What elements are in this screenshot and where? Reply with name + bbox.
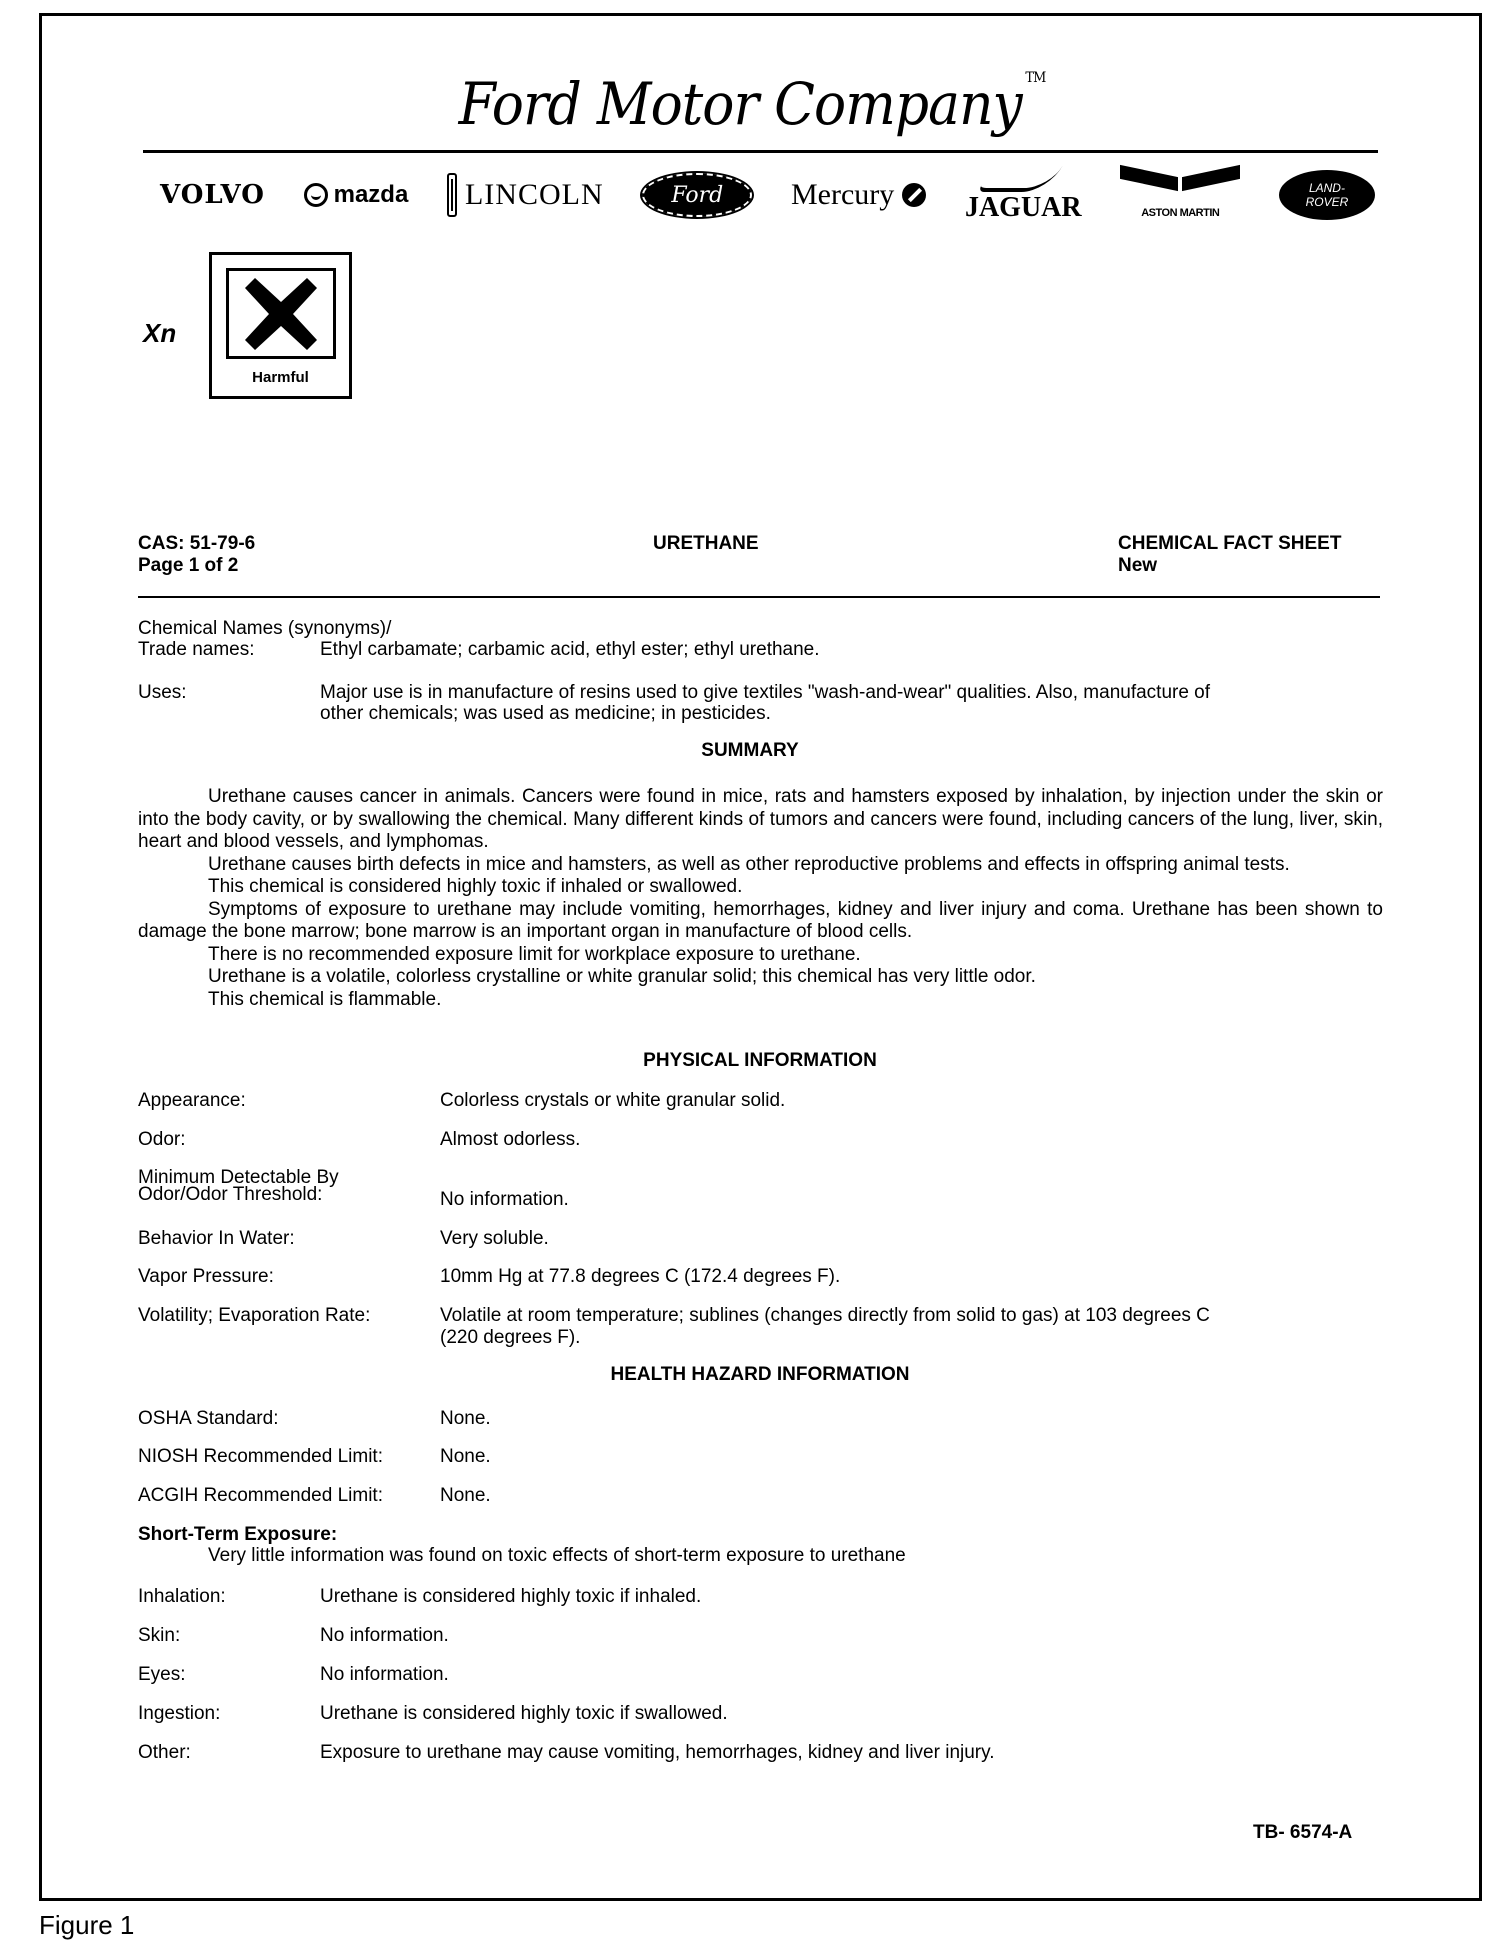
mercury-logo: Mercury <box>791 178 926 212</box>
appearance-value: Colorless crystals or white granular sol… <box>440 1090 785 1112</box>
volatility-label: Volatility; Evaporation Rate: <box>138 1305 370 1327</box>
doc-head-right: CHEMICAL FACT SHEET New <box>1118 533 1341 577</box>
health-hazard-heading: HEALTH HAZARD INFORMATION <box>140 1364 1380 1386</box>
eyes-value: No information. <box>320 1664 449 1686</box>
cas-number: CAS: 51-79-6 <box>138 533 255 555</box>
summary-paragraph: This chemical is considered highly toxic… <box>138 876 1383 899</box>
st-andrews-cross-icon <box>241 274 321 354</box>
summary-heading: SUMMARY <box>140 740 1360 762</box>
mercury-text: Mercury <box>791 178 894 212</box>
skin-label: Skin: <box>138 1625 180 1647</box>
document-status: New <box>1118 555 1341 577</box>
land-rover-logo: LAND-ROVER <box>1279 170 1375 220</box>
jaguar-text: JAGUAR <box>965 192 1082 224</box>
figure-caption: Figure 1 <box>39 1910 134 1941</box>
aston-wings-icon <box>1120 171 1240 201</box>
page-number: Page 1 of 2 <box>138 555 255 577</box>
volvo-text: VOLVO <box>160 180 265 210</box>
header-divider <box>138 596 1380 598</box>
inhalation-label: Inhalation: <box>138 1586 226 1608</box>
summary-paragraph: Urethane is a volatile, colorless crysta… <box>138 966 1383 989</box>
document-code: TB- 6574-A <box>1253 1822 1352 1844</box>
document-type: CHEMICAL FACT SHEET <box>1118 533 1341 555</box>
doc-head-left: CAS: 51-79-6 Page 1 of 2 <box>138 533 255 577</box>
eyes-label: Eyes: <box>138 1664 186 1686</box>
inhalation-value: Urethane is considered highly toxic if i… <box>320 1586 701 1608</box>
leaping-jaguar-icon <box>977 166 1062 192</box>
summary-paragraph: There is no recommended exposure limit f… <box>138 944 1383 967</box>
lincoln-star-icon <box>447 173 457 217</box>
uses-value-line1: Major use is in manufacture of resins us… <box>320 682 1210 704</box>
trade-names-label-1: Chemical Names (synonyms)/ <box>138 618 391 640</box>
mazda-emblem-icon <box>304 183 328 207</box>
niosh-label: NIOSH Recommended Limit: <box>138 1446 383 1468</box>
lincoln-logo: LINCOLN <box>447 173 604 217</box>
chemical-name: URETHANE <box>653 533 759 555</box>
volatility-value-line2: (220 degrees F). <box>440 1327 580 1349</box>
niosh-value: None. <box>440 1446 491 1468</box>
other-label: Other: <box>138 1742 191 1764</box>
vapor-pressure-value: 10mm Hg at 77.8 degrees C (172.4 degrees… <box>440 1266 840 1288</box>
hazard-pictogram: Harmful <box>209 252 352 399</box>
vapor-pressure-label: Vapor Pressure: <box>138 1266 274 1288</box>
acgih-label: ACGIH Recommended Limit: <box>138 1485 383 1507</box>
summary-body: Urethane causes cancer in animals. Cance… <box>138 786 1383 1011</box>
summary-paragraph: This chemical is flammable. <box>138 989 1383 1012</box>
short-term-heading: Short-Term Exposure: <box>138 1524 337 1546</box>
brand-logo-strip: VOLVO mazda LINCOLN Ford Mercury JAGUAR … <box>160 160 1375 230</box>
odor-threshold-label-2: Odor/Odor Threshold: <box>138 1185 322 1204</box>
mazda-logo: mazda <box>304 181 409 209</box>
mercury-emblem-icon <box>902 183 926 207</box>
hazard-label: Harmful <box>212 369 349 386</box>
ingestion-value: Urethane is considered highly toxic if s… <box>320 1703 728 1725</box>
odor-threshold-value: No information. <box>440 1189 569 1211</box>
appearance-label: Appearance: <box>138 1090 246 1112</box>
hazard-code: Xn <box>143 318 176 349</box>
land-rover-line1: LAND- <box>1309 181 1345 195</box>
ingestion-label: Ingestion: <box>138 1703 220 1725</box>
ford-text: Ford <box>671 183 723 208</box>
trade-names-value: Ethyl carbamate; carbamic acid, ethyl es… <box>320 639 820 661</box>
jaguar-logo: JAGUAR <box>965 166 1082 224</box>
odor-value: Almost odorless. <box>440 1129 580 1151</box>
header-rule <box>143 150 1378 153</box>
summary-paragraph: Symptoms of exposure to urethane may inc… <box>138 899 1383 944</box>
document-header: CAS: 51-79-6 Page 1 of 2 URETHANE CHEMIC… <box>138 533 1380 581</box>
ford-oval-logo: Ford <box>642 173 752 217</box>
hazard-pictogram-inner <box>226 268 336 359</box>
summary-paragraph: Urethane causes birth defects in mice an… <box>138 854 1383 877</box>
skin-value: No information. <box>320 1625 449 1647</box>
trade-names-label-2: Trade names: <box>138 639 255 661</box>
volvo-logo: VOLVO <box>160 180 265 210</box>
acgih-value: None. <box>440 1485 491 1507</box>
volatility-value-line1: Volatile at room temperature; sublines (… <box>440 1305 1210 1327</box>
physical-info-heading: PHYSICAL INFORMATION <box>140 1050 1380 1072</box>
mazda-text: mazda <box>334 181 409 209</box>
osha-value: None. <box>440 1408 491 1430</box>
water-behavior-value: Very soluble. <box>440 1228 549 1250</box>
lincoln-text: LINCOLN <box>465 178 604 212</box>
water-behavior-label: Behavior In Water: <box>138 1228 295 1250</box>
osha-label: OSHA Standard: <box>138 1408 278 1430</box>
other-value: Exposure to urethane may cause vomiting,… <box>320 1742 995 1764</box>
summary-paragraph: Urethane causes cancer in animals. Cance… <box>138 786 1383 854</box>
land-rover-line2: ROVER <box>1306 195 1349 209</box>
uses-label: Uses: <box>138 682 187 704</box>
short-term-intro: Very little information was found on tox… <box>208 1545 906 1567</box>
odor-label: Odor: <box>138 1129 186 1151</box>
company-wordmark: Ford Motor CompanyTM <box>60 70 1444 138</box>
trademark-symbol: TM <box>1025 70 1045 86</box>
uses-value-line2: other chemicals; was used as medicine; i… <box>320 703 771 725</box>
company-name: Ford Motor Company <box>459 70 1022 138</box>
aston-martin-text: ASTON MARTIN <box>1141 207 1219 219</box>
aston-martin-logo: ASTON MARTIN <box>1120 171 1240 219</box>
